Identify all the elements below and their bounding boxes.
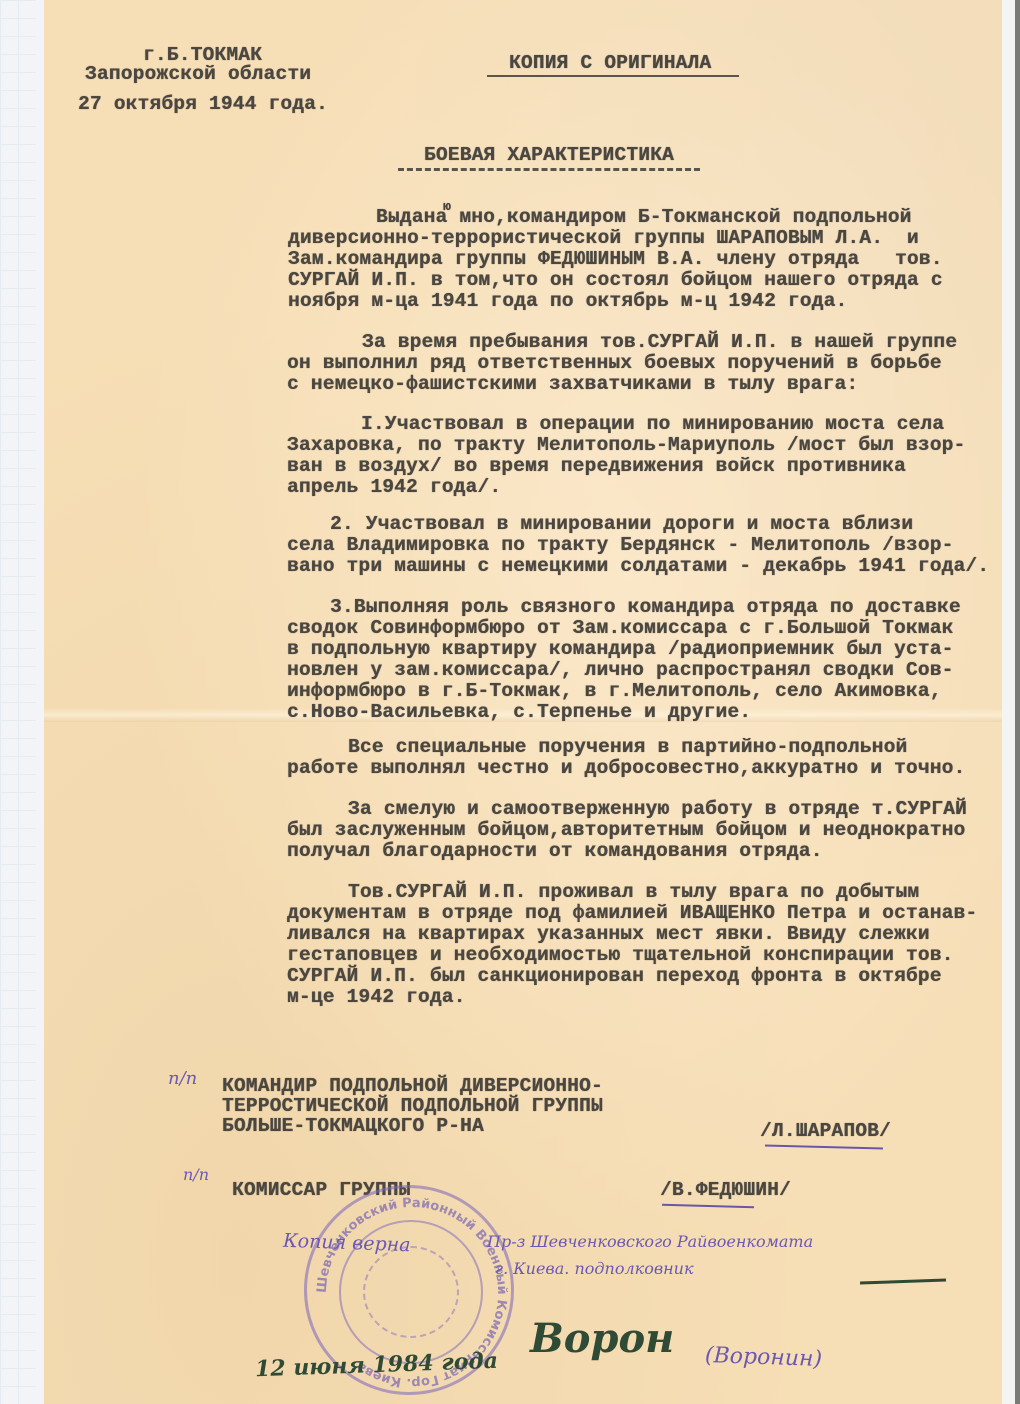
copy-note: КОПИЯ С ОРИГИНАЛА [487,53,739,77]
commander-title-line-2: ТЕРРОСТИЧЕСКОЙ ПОДПОЛЬНОЙ ГРУППЫ [222,1096,603,1117]
item-1-line-3: ван в воздух/ во время передвижения войс… [287,456,906,477]
item-2-line-3: вано три машины с немецкими солдатами - … [287,556,989,577]
item-1-line-1: I.Участвовал в операции по минированию м… [361,414,944,435]
paragraph-2-line-3: с немецко-фашистскими захватчиками в тыл… [287,374,858,395]
scan-background-left [0,0,44,1404]
item-1-line-2: Захаровка, по тракту Мелитополь-Мариупол… [287,435,965,456]
paragraph-5-line-5: СУРГАЙ И.П. был санкционирован переход ф… [287,966,942,987]
certifier-rank: г. Киева. подполковник [495,1259,694,1278]
paragraph-4-line-1: За смелую и самоотверженную работу в отр… [348,799,967,820]
paragraph-5-line-2: документам в отряде под фамилией ИВАЩЕНК… [287,903,977,924]
commander-name: /Л.ШАРАПОВ/ [760,1121,891,1142]
item-3-line-5: информбюро в г.Б-Токмак, в г.Мелитополь,… [287,681,942,702]
commander-pp-mark: п/п [168,1068,197,1089]
paragraph-4-line-3: получал благодарности от командования от… [287,841,823,862]
certifier-organization: Пр-з Шевченковского Райвоенкомата [487,1232,813,1251]
paragraph-1-line-1: Выдана мно,командиром Б-Токманской подпо… [376,207,912,228]
commissar-pp-mark: п/п [183,1165,209,1184]
header-region: Запорожской области [85,64,311,85]
paragraph-1-line-5: ноября м-ца 1941 года по октябрь м-ц 194… [288,291,847,312]
commander-title-line-1: КОМАНДИР ПОДПОЛЬНОЙ ДИВЕРСИОННО- [222,1076,603,1097]
certifier-signature: Ворон [530,1315,674,1362]
paragraph-1-line-2: диверсионно-террористической группы ШАРА… [288,228,919,249]
item-3-line-1: 3.Выполняя роль связного командира отряд… [330,597,961,618]
commander-title-line-3: БОЛЬШЕ-ТОКМАЦКОГО Р-НА [222,1116,484,1137]
scan-background-right [1002,0,1020,1404]
certifier-name: (Воронин) [705,1343,823,1372]
item-3-line-2: сводок Совинформбюро от Зам.комиссара с … [287,618,954,639]
item-2-line-2: села Владимировка по тракту Бердянск - М… [287,535,954,556]
document-title: БОЕВАЯ ХАРАКТЕРИСТИКА [398,145,700,171]
paragraph-3-line-1: Все специальные поручения в партийно-под… [348,737,907,758]
paragraph-5-line-3: ливался на квартирах указанных мест явки… [287,924,930,945]
item-3-line-6: с.Ново-Васильевка, с.Терпенье и другие. [287,702,751,723]
paragraph-5-line-6: м-це 1942 года. [287,987,466,1008]
item-3-line-3: в подпольную квартиру командира /радиопр… [287,639,954,660]
commissar-name: /В.ФЕДЮШИН/ [660,1180,791,1201]
paragraph-1-line-3: Зам.командира группы ФЕДЮШИНЫМ В.А. член… [288,249,943,270]
header-date: 27 октября 1944 года. [78,94,328,115]
item-1-line-4: апрель 1942 года/. [287,477,501,498]
paragraph-5-line-4: гестаповцев и необходимостью тщательной … [287,945,954,966]
coat-of-arms-icon [363,1246,459,1338]
paragraph-2-line-2: он выполнил ряд ответственных боевых пор… [287,353,942,374]
paragraph-2-line-1: За время пребывания тов.СУРГАЙ И.П. в на… [362,332,957,353]
copy-certified-note: Копия верна [283,1230,411,1256]
item-2-line-1: 2. Участвовал в минировании дороги и мос… [330,514,913,535]
paragraph-3-line-2: работе выполнял честно и добросовестно,а… [287,758,965,779]
paragraph-5-line-1: Тов.СУРГАЙ И.П. проживал в тылу врага по… [348,882,919,903]
item-3-line-4: новлен у зам.комиссара/, лично распростр… [287,660,954,681]
paragraph-1-line-4: СУРГАЙ И.П. в том,что он состоял бойцом … [288,270,943,291]
paragraph-4-line-2: был заслуженным бойцом,авторитетным бойц… [287,820,965,841]
